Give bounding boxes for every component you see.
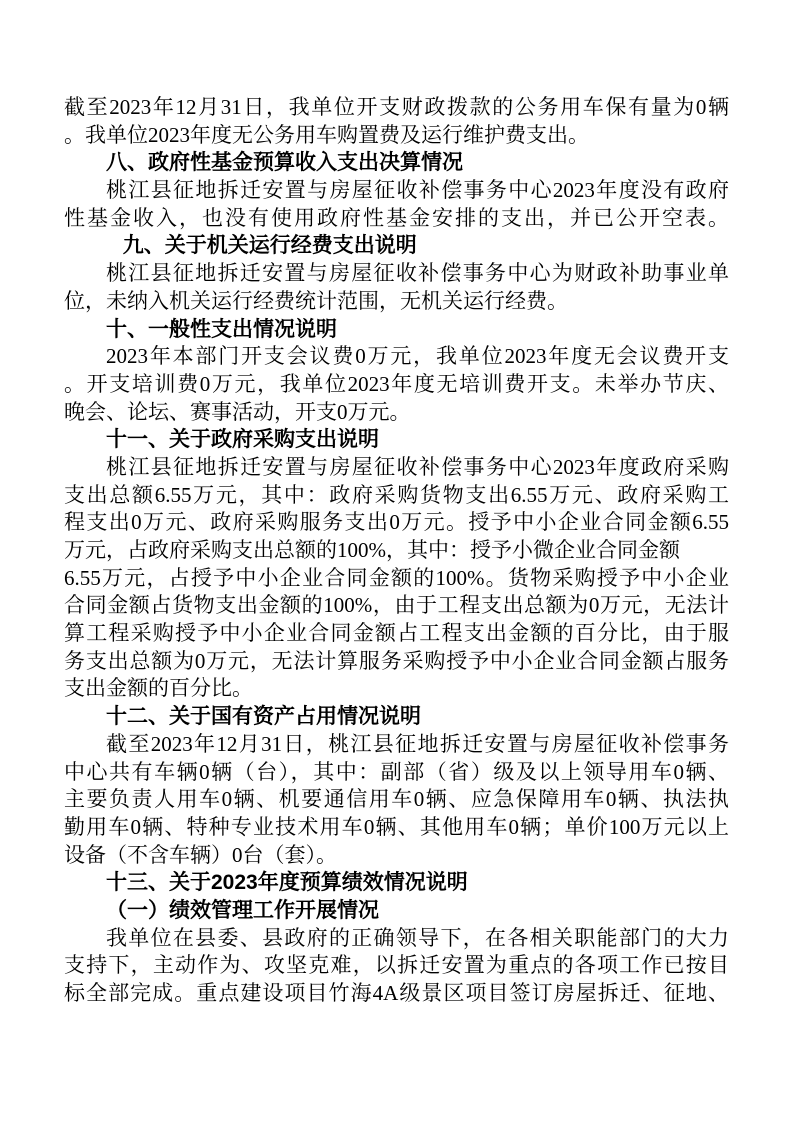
paragraph-line: 截至2023年12月31日，我单位开支财政拨款的公务用车保有量为0辆 [64,94,729,122]
section-heading: 十一、关于政府采购支出说明 [64,426,729,454]
paragraph-line: 桃江县征地拆迁安置与房屋征收补偿事务中心2023年度政府采购 [64,454,729,482]
paragraph-line: 性基金收入，也没有使用政府性基金安排的支出，并已公开空表。 [64,205,729,233]
paragraph-line: 中心共有车辆0辆（台），其中：副部（省）级及以上领导用车0辆、 [64,759,729,787]
section-heading: 九、关于机关运行经费支出说明 [64,232,729,260]
paragraph-line: 标全部完成。重点建设项目竹海4A级景区项目签订房屋拆迁、征地、 [64,980,729,1008]
paragraph-line: 6.55万元，占授予中小企业合同金额的100%。货物采购授予中小企业 [64,565,729,593]
paragraph-line: 程支出0万元、政府采购服务支出0万元。授予中小企业合同金额6.55 [64,509,729,537]
paragraph-line: 。开支培训费0万元，我单位2023年度无培训费开支。未举办节庆、 [64,371,729,399]
paragraph-line: 。我单位2023年度无公务用车购置费及运行维护费支出。 [64,122,729,150]
paragraph-line: 设备（不含车辆）0台（套）。 [64,842,729,870]
document-text-body: 截至2023年12月31日，我单位开支财政拨款的公务用车保有量为0辆。我单位20… [64,94,729,1008]
section-heading: 十、一般性支出情况说明 [64,316,729,344]
paragraph-line: 2023年本部门开支会议费0万元，我单位2023年度无会议费开支 [64,343,729,371]
paragraph-line: 位，未纳入机关运行经费统计范围，无机关运行经费。 [64,288,729,316]
paragraph-line: 算工程采购授予中小企业合同金额占工程支出金额的百分比，由于服 [64,620,729,648]
section-heading: （一）绩效管理工作开展情况 [64,897,729,925]
section-heading: 十二、关于国有资产占用情况说明 [64,703,729,731]
paragraph-line: 桃江县征地拆迁安置与房屋征收补偿事务中心为财政补助事业单 [64,260,729,288]
section-heading: 八、政府性基金预算收入支出决算情况 [64,149,729,177]
paragraph-line: 万元，占政府采购支出总额的100%，其中：授予小微企业合同金额 [64,537,729,565]
paragraph-line: 务支出总额为0万元，无法计算服务采购授予中小企业合同金额占服务 [64,648,729,676]
paragraph-line: 支持下，主动作为、攻坚克难，以拆迁安置为重点的各项工作已按目 [64,952,729,980]
section-heading: 十三、关于2023年度预算绩效情况说明 [64,869,729,897]
paragraph-line: 支出总额6.55万元，其中：政府采购货物支出6.55万元、政府采购工 [64,482,729,510]
paragraph-line: 合同金额占货物支出金额的100%，由于工程支出总额为0万元，无法计 [64,592,729,620]
paragraph-line: 晚会、论坛、赛事活动，开支0万元。 [64,399,729,427]
paragraph-line: 我单位在县委、县政府的正确领导下，在各相关职能部门的大力 [64,925,729,953]
paragraph-line: 主要负责人用车0辆、机要通信用车0辆、应急保障用车0辆、执法执 [64,786,729,814]
document-page: 截至2023年12月31日，我单位开支财政拨款的公务用车保有量为0辆。我单位20… [0,0,793,1122]
paragraph-line: 勤用车0辆、特种专业技术用车0辆、其他用车0辆；单价100万元以上 [64,814,729,842]
paragraph-line: 桃江县征地拆迁安置与房屋征收补偿事务中心2023年度没有政府 [64,177,729,205]
paragraph-line: 支出金额的百分比。 [64,675,729,703]
paragraph-line: 截至2023年12月31日，桃江县征地拆迁安置与房屋征收补偿事务 [64,731,729,759]
